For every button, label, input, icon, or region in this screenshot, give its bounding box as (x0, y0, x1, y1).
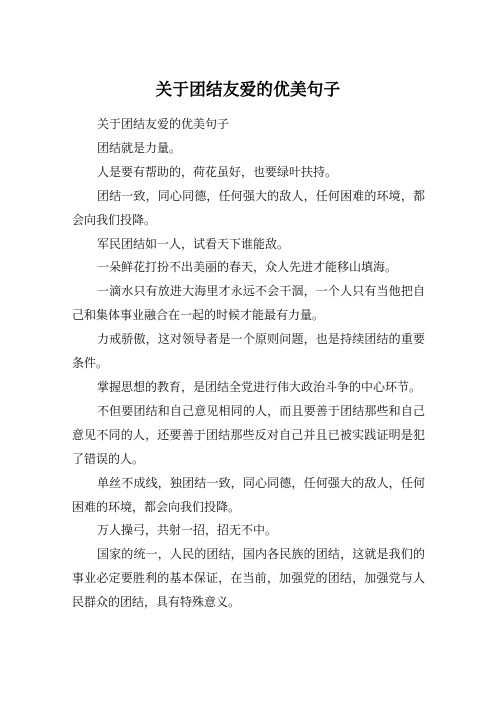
paragraph: 人是要有帮助的，荷花虽好，也要绿叶扶持。 (72, 161, 425, 185)
paragraph: 一滴水只有放进大海里才永远不会干涸，一个人只有当他把自己和集体事业融合在一起的时… (72, 280, 425, 328)
paragraph: 一朵鲜花打扮不出美丽的春天，众人先进才能移山填海。 (72, 256, 425, 280)
paragraph: 团结一致，同心同德，任何强大的敌人，任何困难的环境，都会向我们投降。 (72, 185, 425, 233)
paragraph: 团结就是力量。 (72, 137, 425, 161)
paragraph: 万人操弓，共射一招，招无不中。 (72, 519, 425, 543)
document-page: 关于团结友爱的优美句子 关于团结友爱的优美句子 团结就是力量。 人是要有帮助的，… (0, 0, 496, 702)
paragraph: 掌握思想的教育，是团结全党进行伟大政治斗争的中心环节。 (72, 376, 425, 400)
paragraph: 军民团结如一人，试看天下谁能敌。 (72, 233, 425, 257)
paragraph: 单丝不成线，独团结一致，同心同德，任何强大的敌人，任何困难的环境，都会向我们投降… (72, 472, 425, 520)
paragraph: 关于团结友爱的优美句子 (72, 113, 425, 137)
paragraph: 力戒骄傲，这对领导者是一个原则问题，也是持续团结的重要条件。 (72, 328, 425, 376)
document-title: 关于团结友爱的优美句子 (0, 76, 496, 100)
document-body: 关于团结友爱的优美句子 团结就是力量。 人是要有帮助的，荷花虽好，也要绿叶扶持。… (72, 113, 425, 615)
paragraph: 不但要团结和自己意见相同的人，而且要善于团结那些和自己意见不同的人，还要善于团结… (72, 400, 425, 472)
paragraph: 国家的统一，人民的团结，国内各民族的团结，这就是我们的事业必定要胜利的基本保证，… (72, 543, 425, 615)
